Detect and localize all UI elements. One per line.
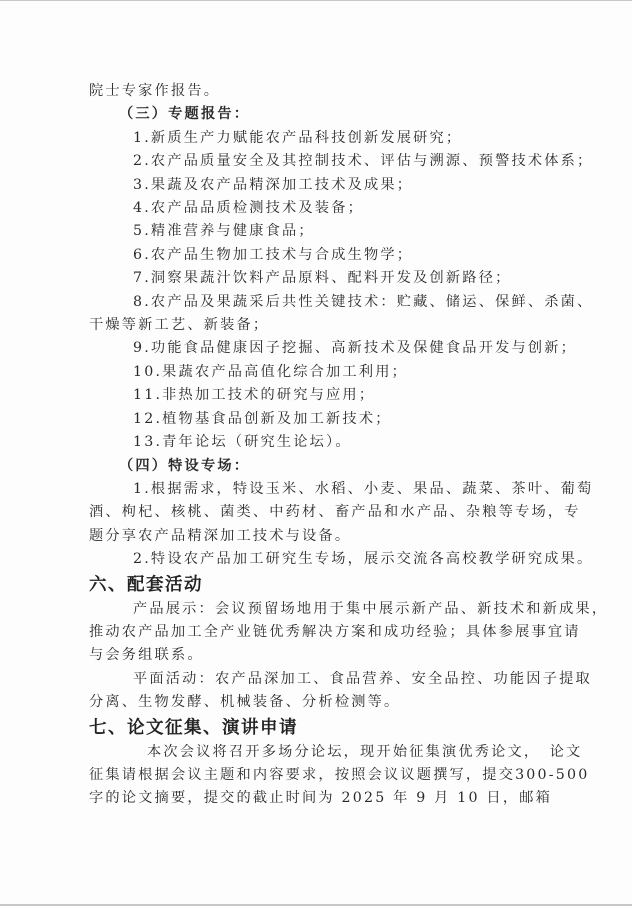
list-item: 7.洞察果蔬汁饮料产品原料、配料开发及创新路径； (89, 267, 549, 290)
list-item: 10.果蔬农产品高值化综合加工利用； (89, 361, 549, 384)
list-item: 3.果蔬及农产品精深加工技术及成果； (89, 174, 549, 197)
list-item: 4.农产品品质检测技术及装备； (89, 197, 549, 220)
list-item: 12.植物基食品创新及加工新技术； (89, 408, 549, 431)
paragraph-line: 平面活动：农产品深加工、食品营养、安全品控、功能因子提取 (89, 668, 549, 691)
list-item: 11.非热加工技术的研究与应用； (89, 384, 549, 407)
page-top-edge (0, 0, 632, 1)
paragraph-line: 产品展示：会议预留场地用于集中展示新产品、新技术和新成果， (89, 598, 549, 621)
document-page: 院士专家作报告。 （三）专题报告： 1.新质生产力赋能农产品科技创新发展研究； … (89, 80, 549, 811)
list-item: 2.农产品质量安全及其控制技术、评估与溯源、预警技术体系； (89, 150, 549, 173)
paragraph-line: 分离、生物发酵、机械装备、分析检测等。 (89, 691, 549, 714)
list-item: 2.特设农产品加工研究生专场，展示交流各高校教学研究成果。 (89, 548, 549, 571)
list-item: 1.新质生产力赋能农产品科技创新发展研究； (89, 127, 549, 150)
list-item: 5.精准营养与健康食品； (89, 220, 549, 243)
list-item: 9.功能食品健康因子挖掘、高新技术及保健食品开发与创新； (89, 337, 549, 360)
list-item-continuation: 干燥等新工艺、新装备； (89, 314, 549, 337)
section-3-title: （三）专题报告： (89, 103, 549, 126)
paragraph-line: 与会务组联系。 (89, 644, 549, 667)
list-item-continuation: 酒、枸杞、核桃、菌类、中药材、畜产品和水产品、杂粮等专场，专 (89, 501, 549, 524)
section-4-title: （四）特设专场： (89, 455, 549, 478)
paragraph-line: 字的论文摘要，提交的截止时间为 2025 年 9 月 10 日，邮箱 (89, 787, 549, 810)
paragraph-line: 征集请根据会议主题和内容要求，按照会议议题撰写，提交300-500 (89, 764, 549, 787)
list-item: 8.农产品及果蔬采后共性关键技术：贮藏、储运、保鲜、杀菌、 (89, 291, 549, 314)
paragraph-line: 推动农产品加工全产业链优秀解决方案和成功经验；具体参展事宜请 (89, 621, 549, 644)
list-item-continuation: 题分享农产品精深加工技术与设备。 (89, 525, 549, 548)
heading-section-6: 六、配套活动 (89, 572, 549, 598)
heading-section-7: 七、论文征集、演讲申请 (89, 715, 549, 741)
continuation-text: 院士专家作报告。 (89, 80, 549, 103)
paragraph-line: 本次会议将召开多场分论坛，现开始征集演优秀论文， 论文 (89, 741, 549, 764)
list-item: 13.青年论坛（研究生论坛）。 (89, 431, 549, 454)
list-item: 6.农产品生物加工技术与合成生物学； (89, 244, 549, 267)
list-item: 1.根据需求，特设玉米、水稻、小麦、果品、蔬菜、茶叶、葡萄 (89, 478, 549, 501)
